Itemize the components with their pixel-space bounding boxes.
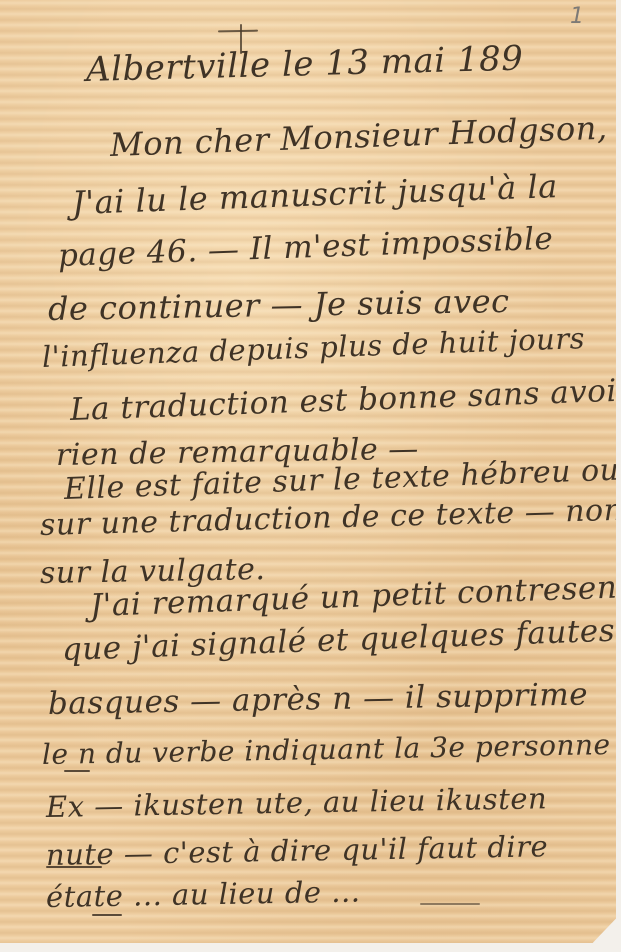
letter-page: 1 Albertville le 13 mai 189 Mon cher Mon… (0, 0, 616, 943)
letter-line-7: La traduction est bonne sans avoir (69, 372, 621, 428)
letter-line-4: page 46. — Il m'est impossible (57, 221, 553, 274)
underline-nute (46, 866, 102, 868)
folio-number: 1 (570, 4, 584, 29)
underline-end (420, 903, 480, 905)
letter-line-3: J'ai lu le manuscrit jusqu'à la (71, 167, 558, 222)
letter-line-17: nute — c'est à dire qu'il faut dire (46, 829, 549, 872)
dateline-cross-bar (218, 30, 258, 33)
salutation: Mon cher Monsieur Hodgson, (109, 109, 608, 164)
dateline: Albertville le 13 mai 189 (85, 39, 523, 90)
underline-te (92, 914, 122, 916)
underline-n (64, 770, 90, 772)
letter-line-16: Ex — ikusten ute, au lieu ikusten (46, 781, 548, 824)
letter-line-5: de continuer — Je suis avec (48, 282, 510, 328)
letter-line-6: l'influenza depuis plus de huit jours (41, 321, 585, 374)
letter-line-14: basques — après n — il supprime (48, 677, 589, 722)
letter-line-18: étate ... au lieu de ... (46, 875, 361, 914)
letter-line-15: le n du verbe indiquant la 3e personne (42, 728, 611, 771)
